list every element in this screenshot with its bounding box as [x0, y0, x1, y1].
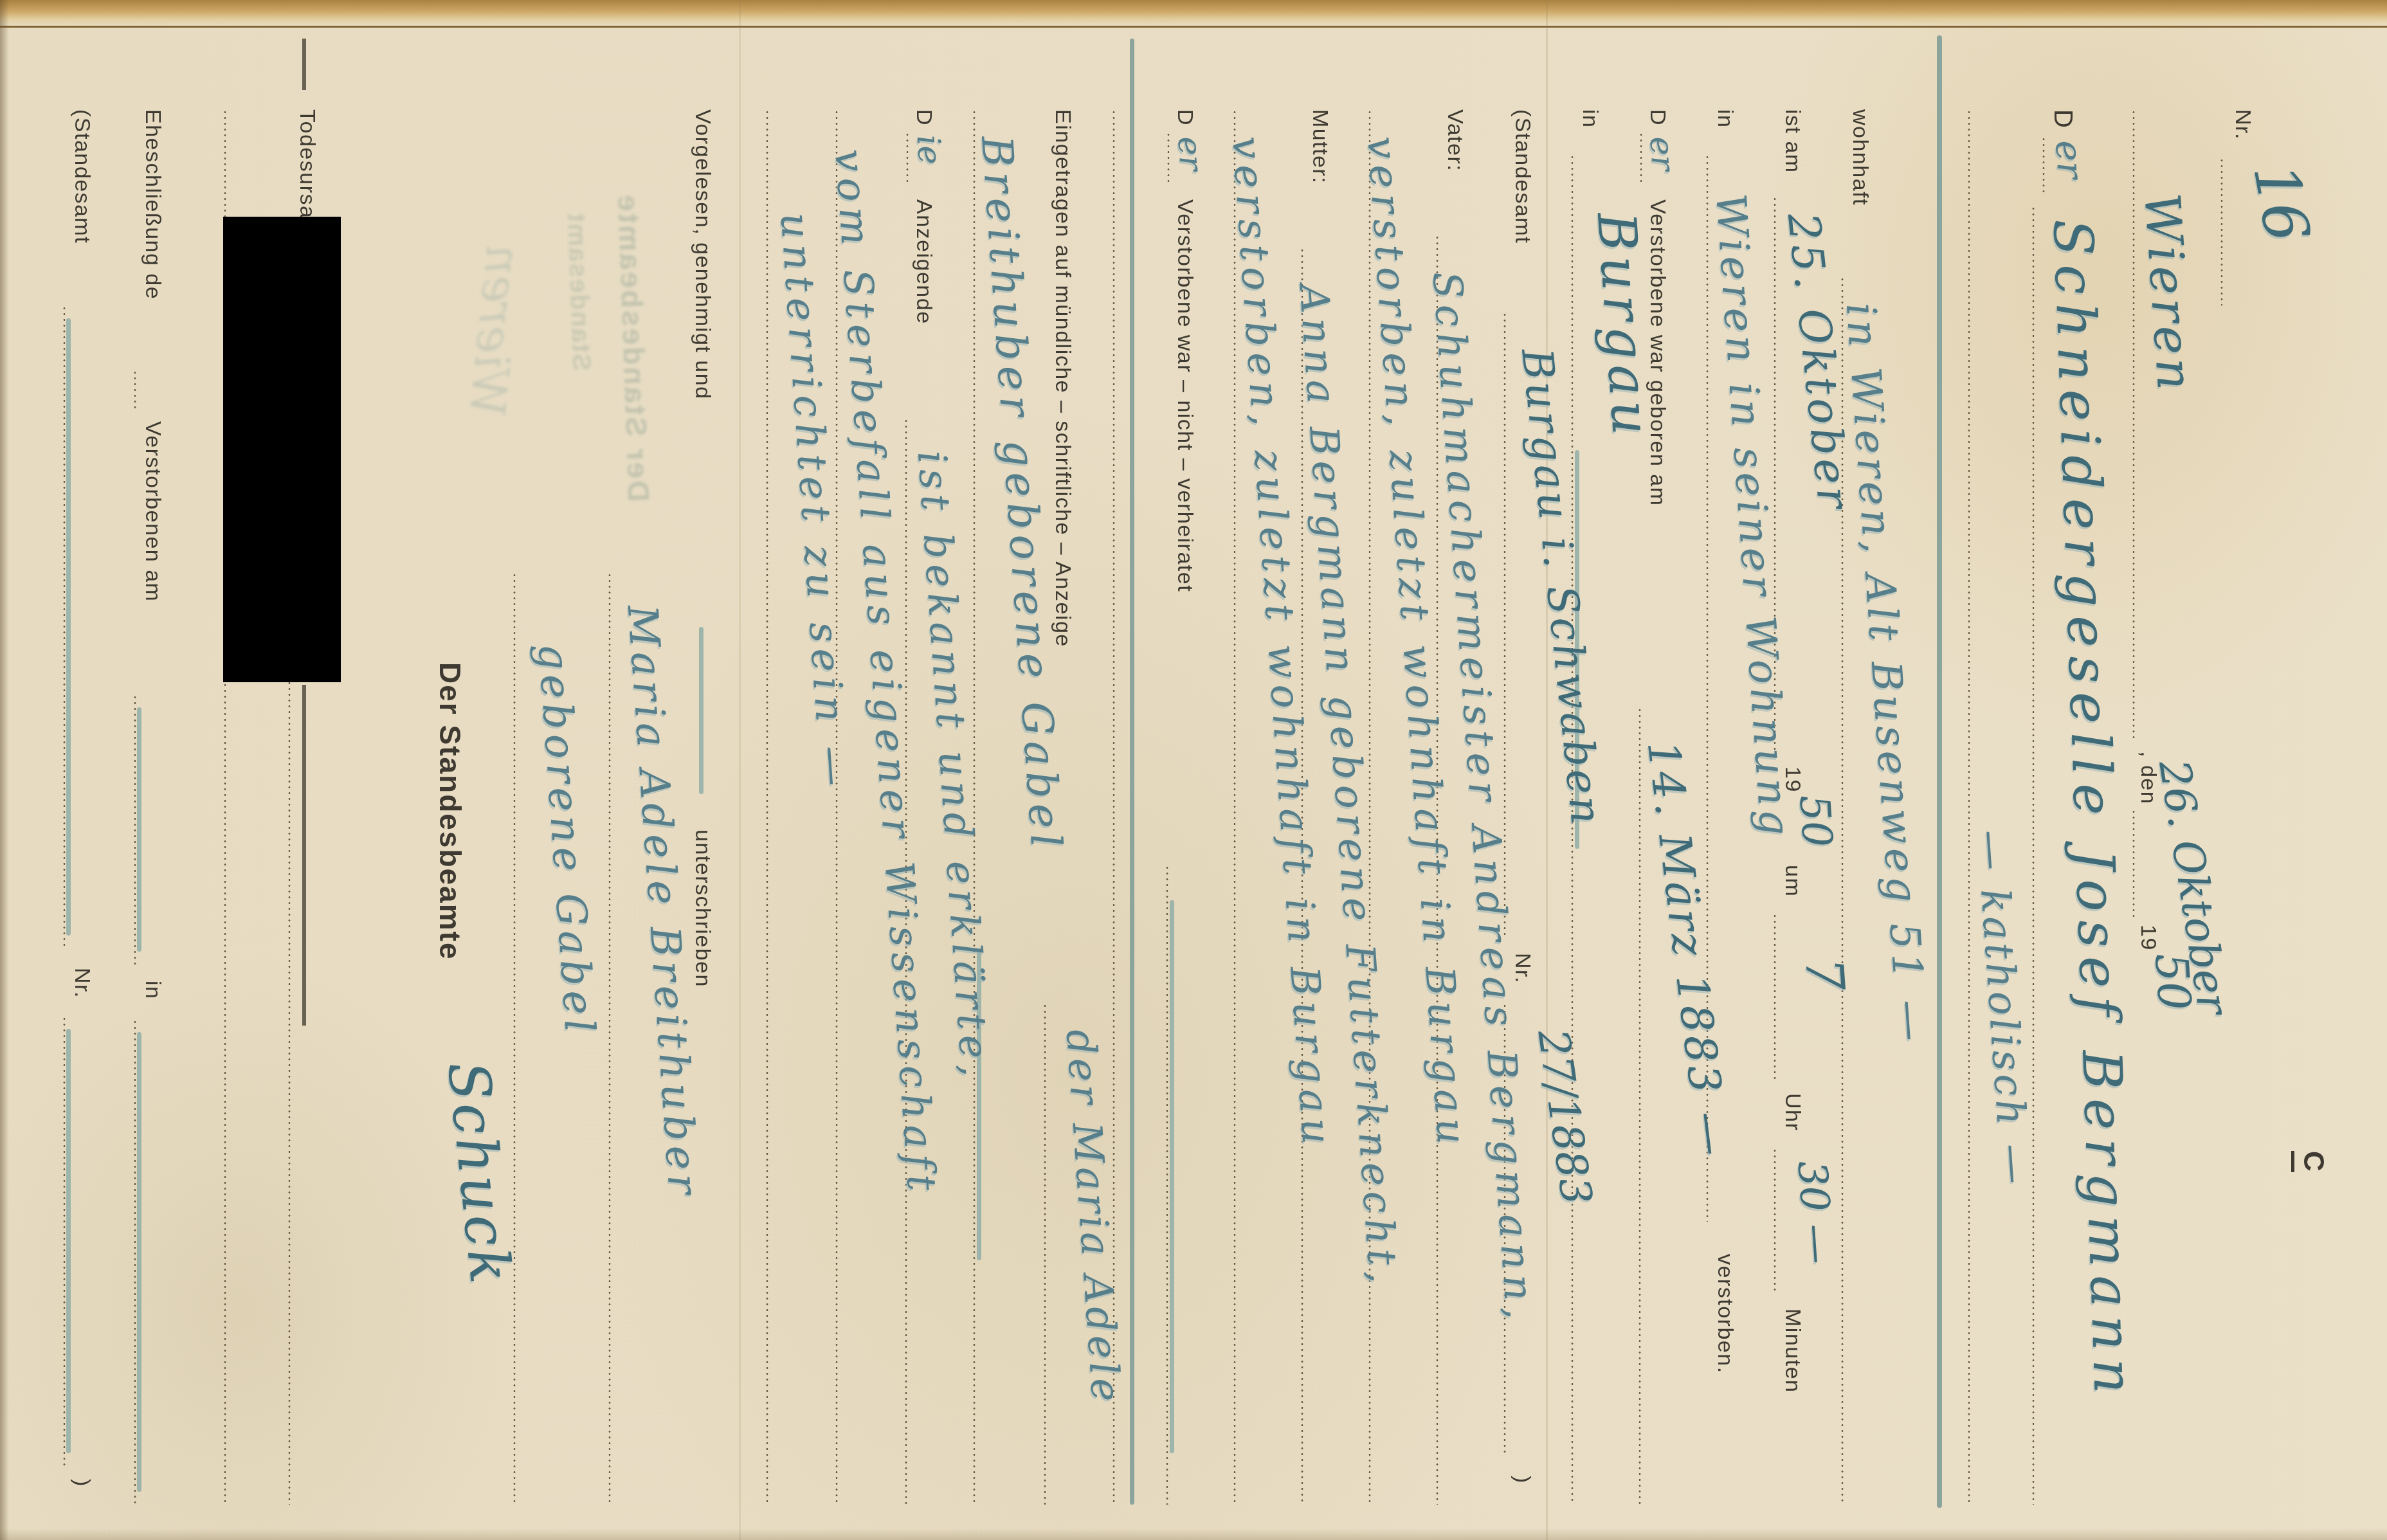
dotted-line — [1044, 1003, 1046, 1505]
dotted-line — [1571, 154, 1574, 1505]
page-letter: C — [2291, 1151, 2329, 1172]
section-rule — [1130, 39, 1134, 1505]
paper-crease — [1546, 0, 1548, 1540]
dotted-line — [906, 132, 909, 183]
filler-stroke — [66, 1029, 71, 1453]
paper-crease — [739, 0, 741, 1540]
section-rule — [1937, 35, 1942, 1508]
anzeigende-suffix: ie — [909, 134, 948, 166]
mother-label: Mutter: — [1307, 109, 1332, 184]
dotted-line — [1640, 132, 1642, 183]
dotted-line — [63, 305, 66, 948]
dotted-line — [608, 572, 611, 1505]
redaction-box — [223, 217, 341, 682]
dotted-line — [766, 109, 768, 1505]
verstorben-label: verstorben. — [1712, 1254, 1738, 1374]
dotted-line — [1774, 913, 1776, 1080]
page-right-edge — [0, 1528, 2387, 1540]
marriage-registry-nr-label: Nr. — [69, 968, 95, 999]
year-prefix: 19 — [2136, 925, 2161, 951]
der-suffix-handwritten: er — [2047, 139, 2091, 180]
der-prefix-printed: D — [2048, 109, 2077, 129]
marital-der-suffix: er — [1170, 135, 1210, 172]
dotted-line — [134, 694, 136, 965]
uhr-label: Uhr — [1780, 1093, 1805, 1131]
deceased-name-value: Schneidergeselle Josef Bergmann — [2041, 218, 2145, 1403]
ink-bleedthrough-script: Wieren — [458, 242, 531, 420]
anzeigende-label: Anzeigende — [911, 199, 936, 325]
scan-stage: Der Standesbeamte Standesamt Wieren C Nr… — [0, 0, 2387, 1540]
father-label: Vater: — [1442, 109, 1467, 172]
minuten-label: Minuten — [1780, 1309, 1805, 1393]
filler-stroke — [137, 1032, 141, 1492]
birth-registry-close-paren: ) — [1510, 1476, 1535, 1484]
marital-label: Verstorbene war – nicht – verheiratet — [1172, 199, 1197, 592]
dotted-line — [1166, 865, 1168, 1505]
registrar-signature: Schuck — [435, 1058, 524, 1289]
filler-stroke — [137, 707, 141, 952]
residence-value: in Wieren, Alt Busenweg 51 — — [1837, 302, 1936, 1046]
marriage-registry-close-paren: ) — [69, 1479, 95, 1487]
ink-bleedthrough-text: Der Standesbeamte — [611, 192, 657, 502]
ink-bleedthrough-text: Standesamt — [561, 212, 596, 371]
death-minutes-value: 30 — — [1788, 1159, 1842, 1265]
year-suffix-value: 50 — [2145, 951, 2201, 1012]
marriage-label: Eheschließung de — [140, 109, 165, 300]
dotted-line — [1774, 1148, 1776, 1292]
um-label: um — [1780, 865, 1805, 897]
dotted-line — [2032, 206, 2035, 1505]
marriage-deceased-on-label: Verstorbenen am — [140, 421, 165, 602]
anzeigende-d-printed: D — [911, 109, 936, 126]
reporter-value-line1: der Maria Adele — [1057, 1028, 1130, 1406]
death-hour-value: 7 — [1793, 956, 1855, 993]
marriage-registry-label: (Standesamt — [69, 109, 95, 244]
filler-stroke — [1170, 900, 1174, 1453]
death-place-in-label: in — [1712, 109, 1738, 128]
entry-number-value: 16 — [2239, 158, 2322, 247]
death-record-page: Der Standesbeamte Standesamt Wieren C Nr… — [0, 0, 2387, 1540]
dotted-line — [134, 370, 136, 408]
religion-value: — katholisch — — [1968, 828, 2040, 1188]
pen-stroke — [302, 685, 306, 1026]
birth-registry-nr-value: 27/1883 — [1528, 1026, 1601, 1208]
entry-number-label: Nr. — [2230, 109, 2255, 140]
dotted-line — [1638, 707, 1641, 1505]
page-bottom-edge — [0, 0, 9, 1540]
dotted-line — [1968, 109, 1970, 1505]
died-on-label: ist am — [1780, 109, 1805, 174]
reporter-signature-line2: geborene Gabel — [529, 642, 604, 1038]
birth-date-value: 14. März 1883 — — [1637, 738, 1739, 1161]
residence-label: wohnhaft — [1847, 109, 1873, 206]
filler-stroke — [66, 318, 71, 936]
vorgelesen-label: Vorgelesen, genehmigt und — [690, 109, 715, 399]
marital-der-printed: D — [1172, 109, 1197, 126]
dotted-line — [2220, 158, 2223, 305]
dotted-line — [2042, 136, 2045, 194]
birth-registry-place-value: Burgau i. Schwaben — [1512, 346, 1611, 829]
filler-stroke — [699, 627, 703, 794]
pen-stroke — [302, 39, 306, 90]
unterschrieben-label: unterschrieben — [690, 829, 715, 988]
record-place-value: Wieren — [2133, 191, 2204, 395]
dotted-line — [63, 1016, 66, 1466]
born-der-printed: D — [1645, 109, 1670, 126]
dotted-line — [134, 1019, 136, 1505]
marriage-in-label: in — [140, 981, 165, 999]
registrar-title: Der Standesbeamte — [433, 662, 467, 961]
dotted-line — [513, 572, 516, 1505]
birth-registry-label: (Standesamt — [1510, 109, 1535, 244]
dotted-line — [2132, 809, 2135, 918]
registered-on-label: Eingetragen auf mündliche – schriftliche… — [1050, 109, 1075, 648]
dotted-line — [1167, 132, 1170, 183]
birth-place-in-label: in — [1577, 109, 1602, 128]
born-der-suffix: er — [1642, 135, 1682, 172]
page-binding-edge — [0, 0, 2387, 28]
